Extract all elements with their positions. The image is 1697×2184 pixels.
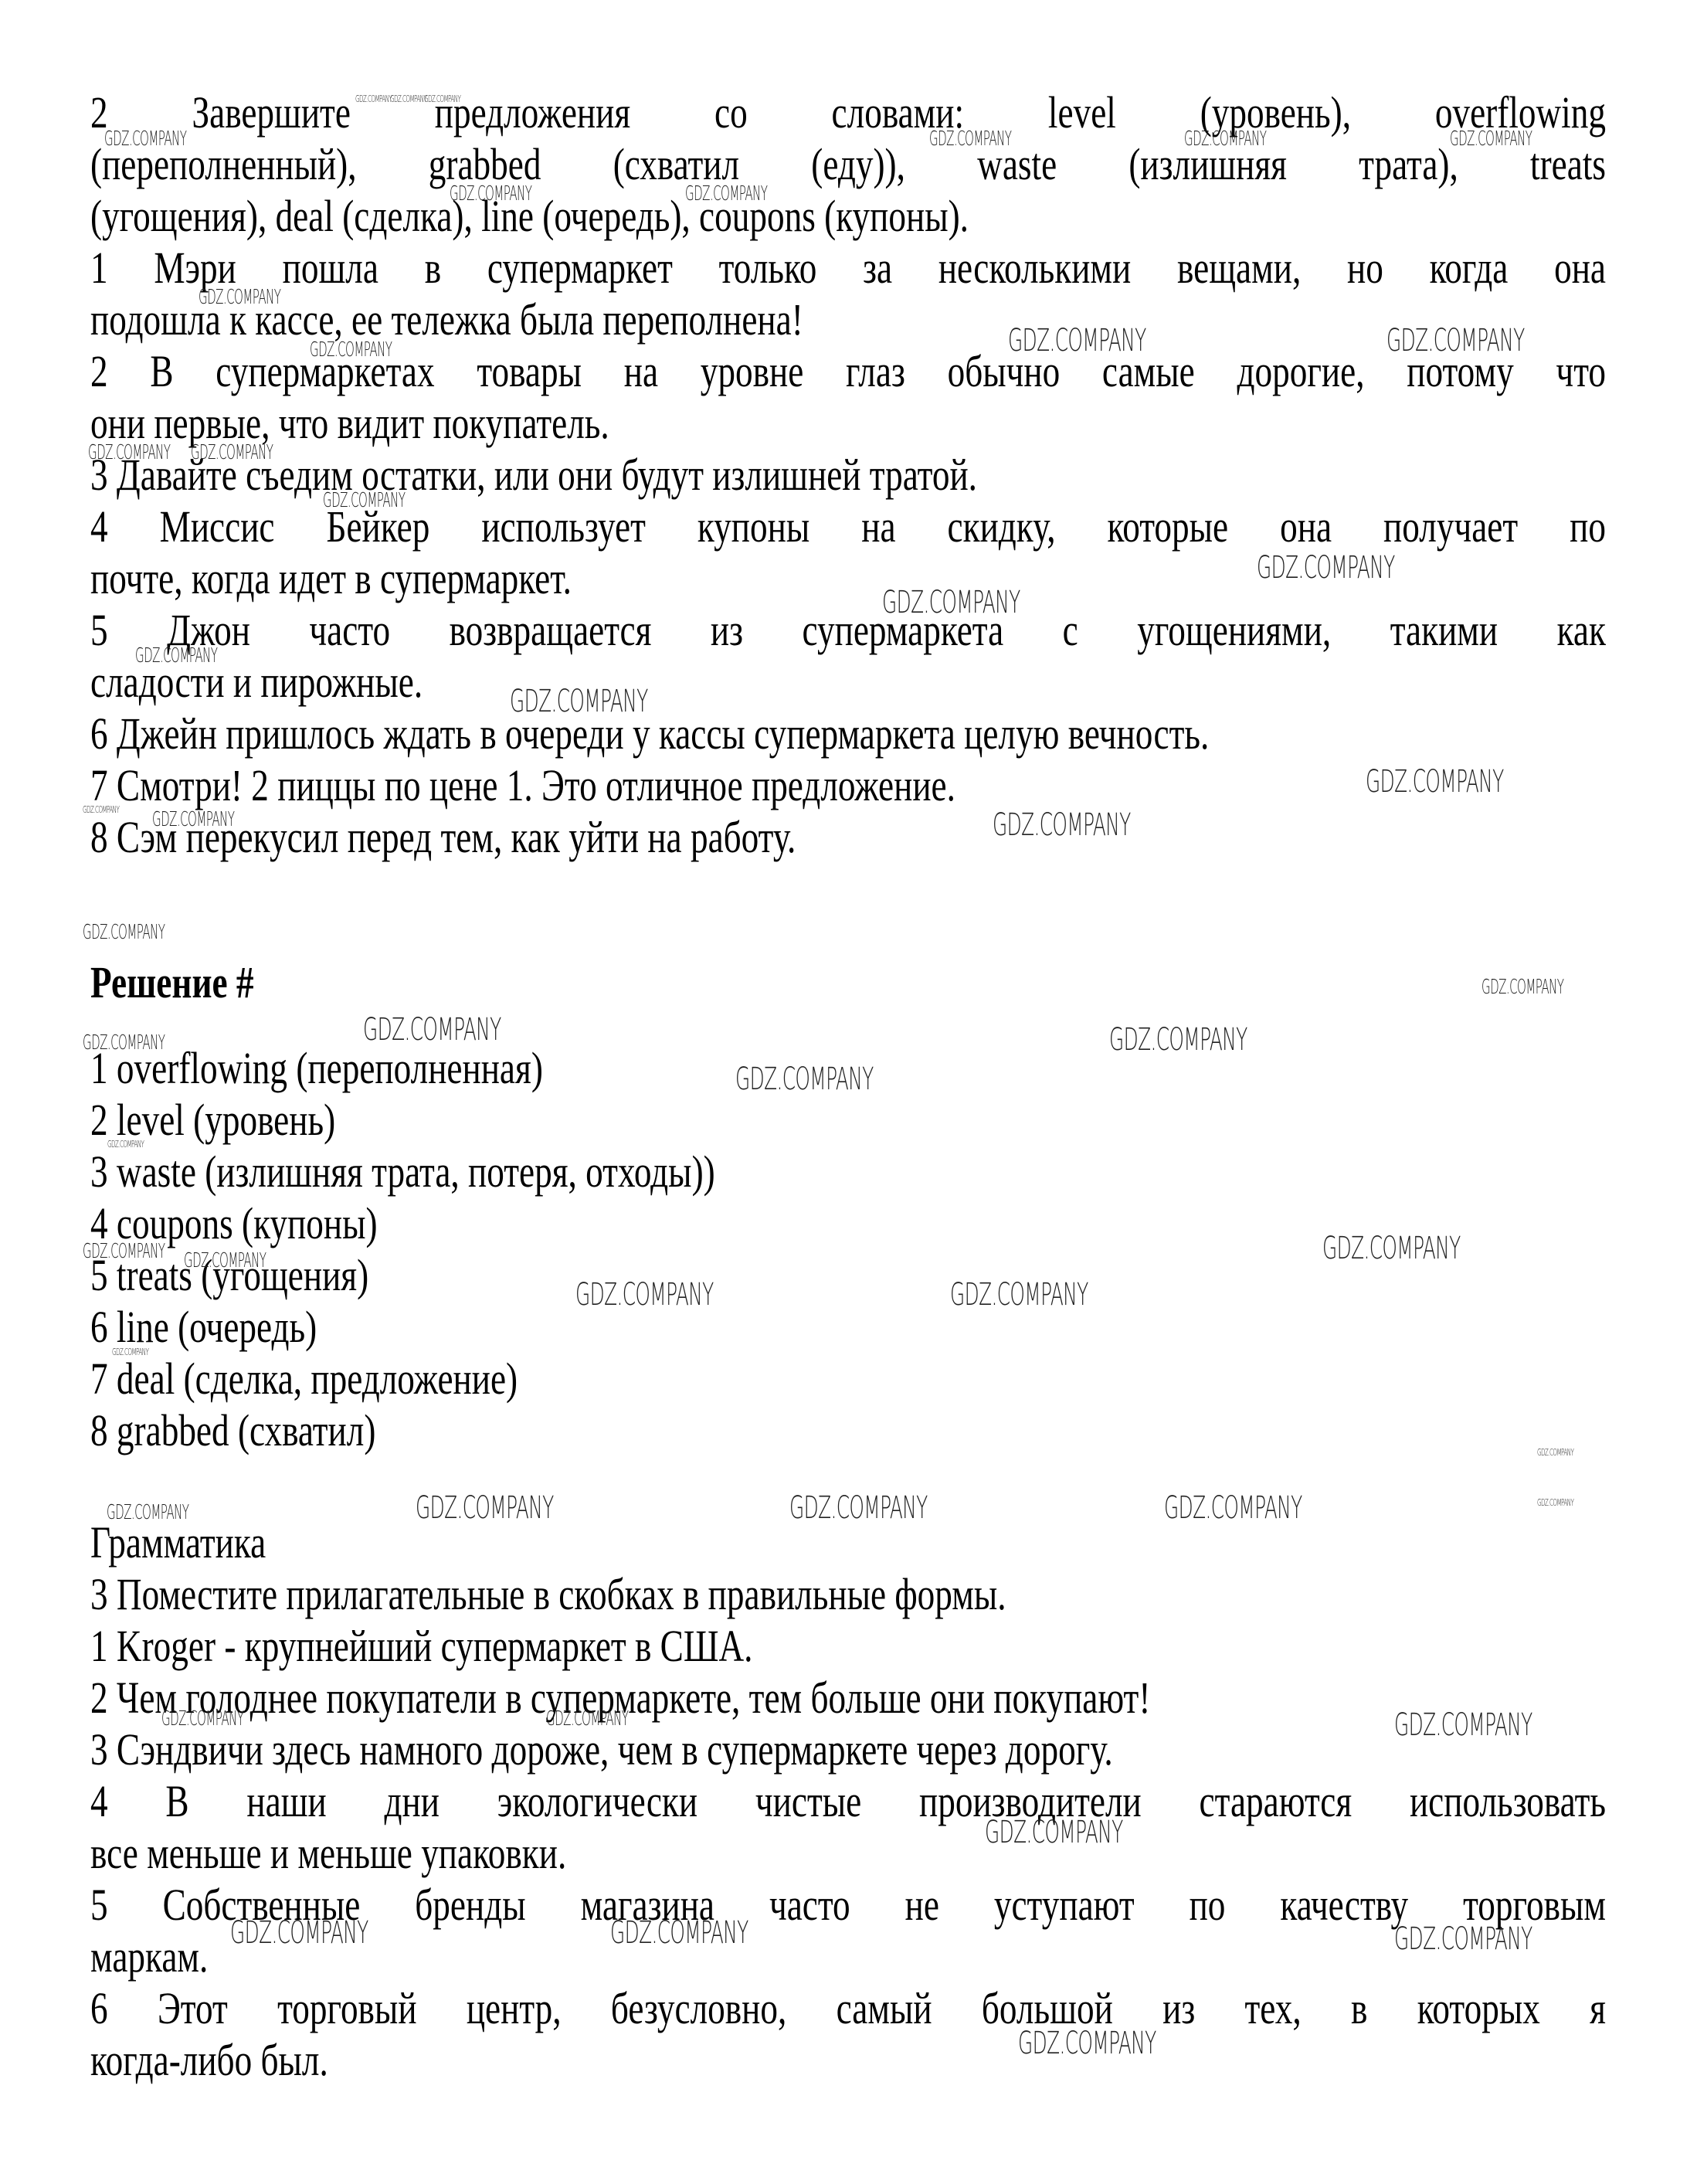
document-page: 2 Завершите предложения со словами: leve… xyxy=(0,0,1697,2184)
sentence-1-line-1: 1 Мэри пошла в супермаркет только за нес… xyxy=(90,242,1606,294)
watermark: GDZ.COMPANY xyxy=(789,1490,928,1526)
answer-8: 8 grabbed (схватил) xyxy=(90,1404,1606,1456)
grammar-section: Грамматика 3 Поместите прилагательные в … xyxy=(90,1517,1606,2086)
watermark: GDZ.COMPANY xyxy=(1394,1921,1532,1957)
watermark: GDZ.COMPANY xyxy=(83,1240,165,1263)
answer-2: 2 level (уровень) xyxy=(90,1094,1606,1146)
solution-heading-text: Решение # xyxy=(90,956,1606,1008)
watermark: GDZ.COMPANY xyxy=(107,1501,188,1524)
watermark: GDZ.COMPANY xyxy=(1257,550,1395,586)
watermark: GDZ.COMPANY xyxy=(1537,1497,1573,1508)
grammar-sentence-2: 2 Чем голоднее покупатели в супермаркете… xyxy=(90,1672,1606,1724)
grammar-sentence-3: 3 Сэндвичи здесь намного дороже, чем в с… xyxy=(90,1724,1606,1775)
solution-heading: Решение # xyxy=(90,956,1606,1008)
watermark: GDZ.COMPANY xyxy=(882,585,1020,620)
watermark: GDZ.COMPANY xyxy=(191,441,273,464)
watermark: GDZ.COMPANY xyxy=(424,93,460,104)
watermark: GDZ.COMPANY xyxy=(735,1061,874,1097)
watermark: GDZ.COMPANY xyxy=(993,807,1131,843)
sentence-1-line-2: подошла к кассе, ее тележка была перепол… xyxy=(90,294,1606,345)
exercise-2-instruction: 2 Завершите предложения со словами: leve… xyxy=(90,87,1606,242)
watermark: GDZ.COMPANY xyxy=(510,684,648,719)
watermark: GDZ.COMPANY xyxy=(1481,976,1563,999)
watermark: GDZ.COMPANY xyxy=(1537,1447,1573,1458)
watermark: GDZ.COMPANY xyxy=(104,127,186,151)
grammar-sentence-6-line-2: когда-либо был. xyxy=(90,2034,1606,2086)
answer-3: 3 waste (излишняя трата, потеря, отходы)… xyxy=(90,1146,1606,1197)
watermark: GDZ.COMPANY xyxy=(363,1012,501,1048)
grammar-instruction: 3 Поместите прилагательные в скобках в п… xyxy=(90,1568,1606,1620)
instruction-line: (переполненный), grabbed (схватил (еду))… xyxy=(90,138,1606,190)
watermark: GDZ.COMPANY xyxy=(610,1915,748,1951)
watermark: GDZ.COMPANY xyxy=(355,93,392,104)
watermark: GDZ.COMPANY xyxy=(390,93,426,104)
watermark: GDZ.COMPANY xyxy=(135,644,217,667)
watermark: GDZ.COMPANY xyxy=(985,1815,1123,1850)
watermark: GDZ.COMPANY xyxy=(161,1707,243,1731)
watermark: GDZ.COMPANY xyxy=(88,441,170,464)
grammar-sentence-4-line-1: 4 В наши дни экологически чистые произво… xyxy=(90,1775,1606,1827)
sentence-6: 6 Джейн пришлось ждать в очереди у кассы… xyxy=(90,708,1606,759)
sentence-8: 8 Сэм перекусил перед тем, как уйти на р… xyxy=(90,811,1606,863)
instruction-line: 2 Завершите предложения со словами: leve… xyxy=(90,87,1606,138)
watermark: GDZ.COMPANY xyxy=(1394,1707,1532,1743)
instruction-line: (угощения), deal (сделка), line (очередь… xyxy=(90,190,1606,242)
watermark: GDZ.COMPANY xyxy=(1184,127,1266,151)
sentence-4-line-1: 4 Миссис Бейкер использует купоны на ски… xyxy=(90,501,1606,552)
watermark: GDZ.COMPANY xyxy=(83,1031,165,1055)
watermark: GDZ.COMPANY xyxy=(450,182,531,205)
sentence-3: 3 Давайте съедим остатки, или они будут … xyxy=(90,449,1606,501)
watermark: GDZ.COMPANY xyxy=(199,286,280,309)
sentence-5-line-2: сладости и пирожные. xyxy=(90,656,1606,708)
answer-7: 7 deal (сделка, предложение) xyxy=(90,1353,1606,1404)
watermark: GDZ.COMPANY xyxy=(152,808,234,831)
watermark: GDZ.COMPANY xyxy=(184,1249,266,1272)
watermark: GDZ.COMPANY xyxy=(1450,127,1532,151)
watermark: GDZ.COMPANY xyxy=(1018,2026,1156,2061)
watermark: GDZ.COMPANY xyxy=(1164,1490,1302,1526)
watermark: GDZ.COMPANY xyxy=(83,804,119,815)
sentence-2-line-2: они первые, что видит покупатель. xyxy=(90,397,1606,449)
watermark: GDZ.COMPANY xyxy=(1366,764,1504,800)
watermark: GDZ.COMPANY xyxy=(323,489,405,512)
watermark: GDZ.COMPANY xyxy=(929,127,1011,151)
grammar-sentence-4-line-2: все меньше и меньше упаковки. xyxy=(90,1827,1606,1879)
sentence-5-line-1: 5 Джон часто возвращается из супермаркет… xyxy=(90,604,1606,656)
grammar-sentence-1: 1 Kroger - крупнейший супермаркет в США. xyxy=(90,1620,1606,1672)
watermark: GDZ.COMPANY xyxy=(310,338,392,362)
watermark: GDZ.COMPANY xyxy=(107,1139,144,1150)
watermark: GDZ.COMPANY xyxy=(83,921,165,944)
watermark: GDZ.COMPANY xyxy=(230,1915,368,1951)
watermark: GDZ.COMPANY xyxy=(950,1277,1088,1313)
watermark: GDZ.COMPANY xyxy=(1008,323,1146,358)
watermark: GDZ.COMPANY xyxy=(416,1490,554,1526)
watermark: GDZ.COMPANY xyxy=(575,1277,714,1313)
grammar-sentence-6-line-1: 6 Этот торговый центр, безусловно, самый… xyxy=(90,1982,1606,2034)
watermark: GDZ.COMPANY xyxy=(1109,1022,1247,1058)
answer-6: 6 line (очередь) xyxy=(90,1301,1606,1353)
watermark: GDZ.COMPANY xyxy=(546,1707,628,1731)
watermark: GDZ.COMPANY xyxy=(1386,323,1525,358)
watermark: GDZ.COMPANY xyxy=(685,182,767,205)
watermark: GDZ.COMPANY xyxy=(1322,1231,1461,1266)
watermark: GDZ.COMPANY xyxy=(112,1347,148,1357)
